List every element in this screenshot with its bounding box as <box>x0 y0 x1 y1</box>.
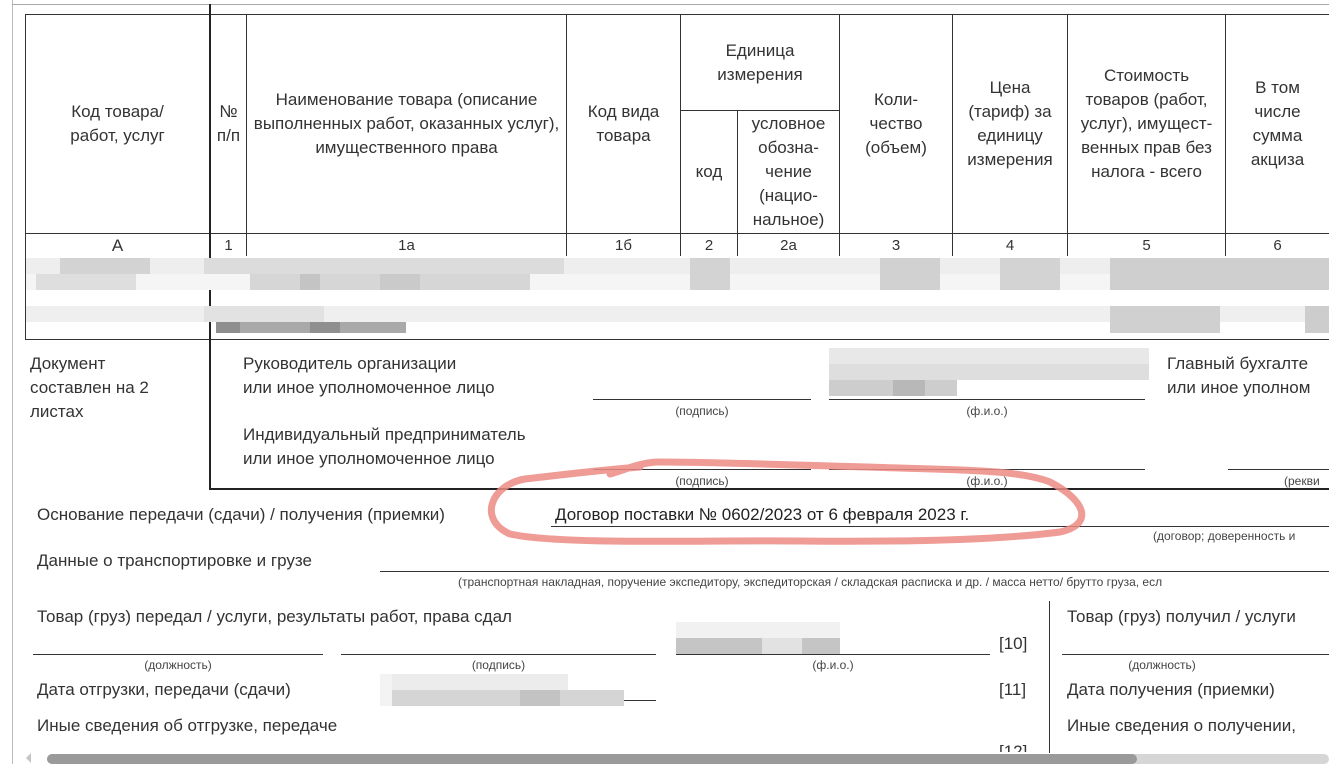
other-receive-label: Иные сведения о получении, <box>1067 714 1296 738</box>
ship-date-label: Дата отгрузки, передачи (сдачи) <box>37 678 291 702</box>
ship-date-field[interactable] <box>624 700 656 701</box>
horizontal-scrollbar-thumb[interactable] <box>47 754 1137 764</box>
header-unit: Единица измерения <box>681 30 839 96</box>
caption-signature-sender: (подпись) <box>341 658 656 672</box>
transport-caption: (транспортная накладная, поручение экспе… <box>458 575 1162 589</box>
chief-accountant-line1: Главный бухгалте <box>1167 352 1308 376</box>
colnum-6: 6 <box>1226 234 1329 258</box>
header-name: Наименование товара (описание выполненны… <box>247 15 566 233</box>
colnum-3: 3 <box>840 234 952 258</box>
caption-requisites: (рекви <box>1284 474 1320 488</box>
head-label-line1: Руководитель организации <box>243 352 456 376</box>
header-price: Цена (тариф) за единицу измерения <box>953 15 1067 233</box>
receiver-position-field[interactable] <box>1062 654 1329 655</box>
ref-10: [10] <box>999 632 1027 656</box>
header-product-code: Код товара/ работ, услуг <box>26 15 209 233</box>
basis-field-line <box>551 526 1329 527</box>
caption-signature-ip: (подпись) <box>593 474 811 488</box>
sender-signature-field[interactable] <box>341 654 656 655</box>
sender-fio-field[interactable] <box>676 654 990 655</box>
header-excise: В том числе сумма акциза <box>1226 15 1329 233</box>
transport-field[interactable] <box>380 571 1329 572</box>
colnum-4: 4 <box>953 234 1067 258</box>
ip-fio-field[interactable] <box>829 469 1145 470</box>
chief-accountant-line2: или иное уполном <box>1167 376 1310 400</box>
colnum-1: 1 <box>211 234 246 258</box>
colnum-2: 2 <box>681 234 737 258</box>
sender-position-field[interactable] <box>33 654 323 655</box>
ref-12: [12] <box>999 740 1027 752</box>
colnum-a: А <box>26 234 209 258</box>
colnum-2a: 2а <box>738 234 839 258</box>
caption-fio-sender: (ф.и.о.) <box>676 658 990 672</box>
document-frame-left <box>12 0 13 764</box>
ref-11: [11] <box>999 678 1026 702</box>
header-type-code: Код вида товара <box>567 15 680 233</box>
basis-label: Основание передачи (сдачи) / получения (… <box>37 503 445 527</box>
caption-signature: (подпись) <box>593 404 811 418</box>
sender-receiver-divider <box>1049 601 1050 753</box>
basis-caption: (договор; доверенность и <box>1153 529 1295 543</box>
colnum-5: 5 <box>1068 234 1225 258</box>
signature-section-bottom <box>209 488 1329 490</box>
requisites-field[interactable] <box>1228 469 1329 470</box>
transport-label: Данные о транспортировке и грузе <box>37 549 312 573</box>
receive-date-label: Дата получения (приемки) <box>1067 678 1275 702</box>
colnum-1b: 1б <box>567 234 680 258</box>
pages-note: Документ составлен на 2 листах <box>30 352 190 424</box>
scroll-left-arrow-icon[interactable] <box>26 753 31 763</box>
sender-label: Товар (груз) передал / услуги, результат… <box>37 605 512 629</box>
head-signature-field[interactable] <box>593 399 811 400</box>
ip-signature-field[interactable] <box>593 469 811 470</box>
head-label-line2: или иное уполномоченное лицо <box>243 376 495 400</box>
ip-label-line1: Индивидуальный предприниматель <box>243 423 526 447</box>
head-fio-field[interactable] <box>829 399 1145 400</box>
caption-fio: (ф.и.о.) <box>829 404 1145 418</box>
header-cost: Стоимость товаров (работ, услуг), имущес… <box>1068 15 1225 233</box>
header-row-number: № п/п <box>211 15 246 233</box>
other-ship-label: Иные сведения об отгрузке, передаче <box>37 714 337 738</box>
caption-position: (должность) <box>33 658 323 672</box>
colnum-1a: 1а <box>247 234 566 258</box>
header-unit-code: код <box>681 111 737 233</box>
table-border-bottom <box>25 339 1329 340</box>
header-quantity: Коли- чество (объем) <box>840 15 952 233</box>
caption-fio-ip: (ф.и.о.) <box>829 474 1145 488</box>
header-unit-symbol: условное обозна- чение (нацио- нальное) <box>738 111 839 233</box>
caption-position-receiver: (должность) <box>1062 658 1262 672</box>
receiver-label: Товар (груз) получил / услуги <box>1067 605 1296 629</box>
basis-value[interactable]: Договор поставки № 0602/2023 от 6 феврал… <box>555 505 969 525</box>
ip-label-line2: или иное уполномоченное лицо <box>243 447 495 471</box>
